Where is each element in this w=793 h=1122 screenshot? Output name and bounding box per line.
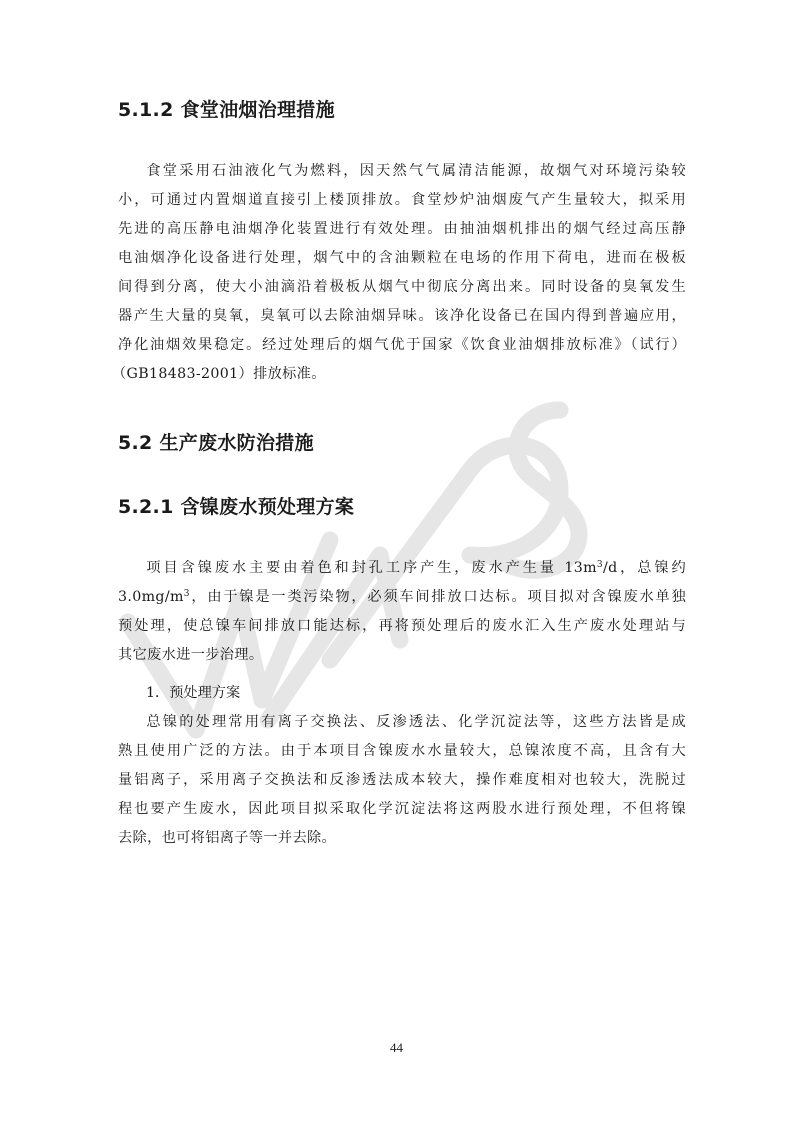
paragraph-line: 项目含镍废水主要由着色和封孔工序产生，废水产生量 13m3/d，总镍约 — [118, 554, 686, 583]
heading-5-1-2: 5.1.2 食堂油烟治理措施 — [118, 98, 335, 122]
paragraph-line: 食堂采用石油液化气为燃料，因天然气气属清洁能源，故烟气对环境污染较 — [118, 157, 686, 186]
paragraph-line: 先进的高压静电油烟净化装置进行有效处理。由抽油烟机排出的烟气经过高压静 — [118, 215, 686, 244]
paragraph-line: 总镍的处理常用有离子交换法、反渗透法、化学沉淀法等，这些方法皆是成 — [118, 708, 686, 737]
paragraph-line: 其它废水进一步治理。 — [118, 641, 686, 670]
paragraph-line: 器产生大量的臭氧，臭氧可以去除油烟异味。该净化设备已在国内得到普遍应用， — [118, 302, 686, 331]
paragraph-line: 量铝离子，采用离子交换法和反渗透法成本较大，操作难度相对也较大，洗脱过 — [118, 766, 686, 795]
paragraph-line: 间得到分离，使大小油滴沿着极板从烟气中彻底分离出来。同时设备的臭氧发生 — [118, 273, 686, 302]
paragraph-line: 净化油烟效果稳定。经过处理后的烟气优于国家《饮食业油烟排放标准》（试行） — [118, 331, 686, 360]
paragraph-line: （GB18483-2001）排放标准。 — [112, 360, 686, 389]
list-item-pretreatment-plan: 1．预处理方案 — [146, 679, 240, 708]
paragraph-line: 预处理，使总镍车间排放口能达标，再将预处理后的废水汇入生产废水处理站与 — [118, 612, 686, 641]
paragraph-canteen-fumes: 食堂采用石油液化气为燃料，因天然气气属清洁能源，故烟气对环境污染较 小，可通过内… — [118, 157, 686, 389]
paragraph-line: 去除，也可将铝离子等一并去除。 — [118, 824, 686, 853]
document-page: 5.1.2 食堂油烟治理措施 食堂采用石油液化气为燃料，因天然气气属清洁能源，故… — [0, 0, 793, 1122]
paragraph-nickel-treatment-methods: 总镍的处理常用有离子交换法、反渗透法、化学沉淀法等，这些方法皆是成 熟且使用广泛… — [118, 708, 686, 853]
page-number: 44 — [0, 1040, 793, 1056]
paragraph-nickel-wastewater: 项目含镍废水主要由着色和封孔工序产生，废水产生量 13m3/d，总镍约 3.0m… — [118, 554, 686, 670]
paragraph-line: 3.0mg/m3，由于镍是一类污染物，必须车间排放口达标。项目拟对含镍废水单独 — [118, 583, 686, 612]
paragraph-line: 小，可通过内置烟道直接引上楼顶排放。食堂炒炉油烟废气产生量较大，拟采用 — [118, 186, 686, 215]
heading-5-2: 5.2 生产废水防治措施 — [118, 431, 314, 455]
paragraph-line: 熟且使用广泛的方法。由于本项目含镍废水水量较大，总镍浓度不高，且含有大 — [118, 737, 686, 766]
paragraph-line: 程也要产生废水，因此项目拟采取化学沉淀法将这两股水进行预处理，不但将镍 — [118, 795, 686, 824]
paragraph-line: 电油烟净化设备进行处理，烟气中的含油颗粒在电场的作用下荷电，进而在极板 — [118, 244, 686, 273]
heading-5-2-1: 5.2.1 含镍废水预处理方案 — [118, 495, 354, 519]
